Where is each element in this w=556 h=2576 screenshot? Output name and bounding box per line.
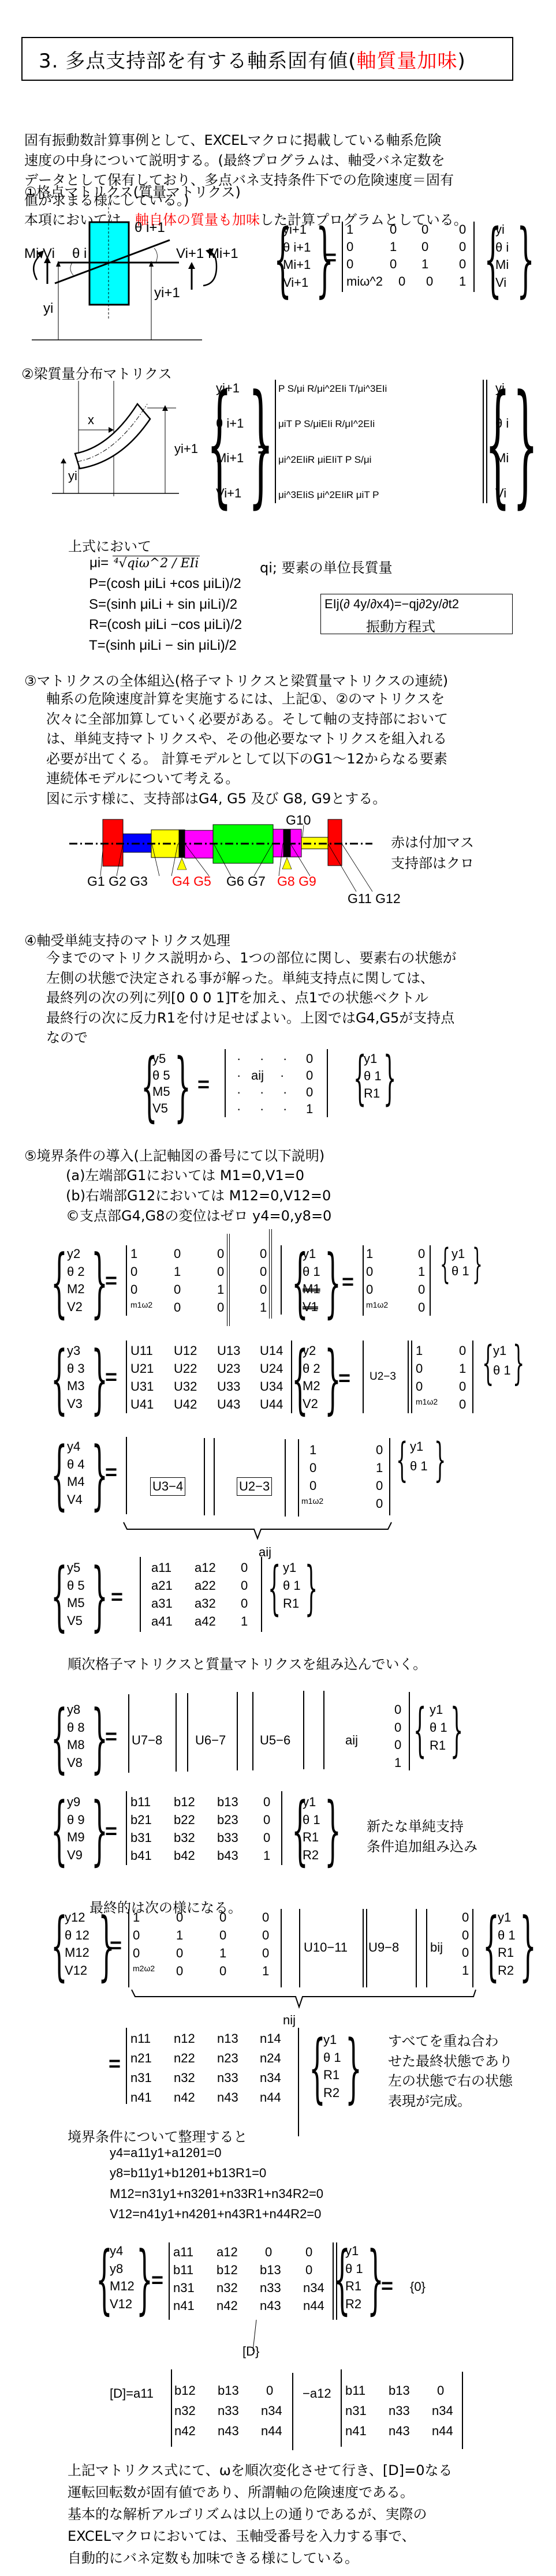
mass-g11g12 bbox=[328, 819, 342, 866]
title-box: 3. 多点支持部を有する軸系固有値(軸質量加味) bbox=[21, 37, 513, 81]
svg-text:θ i+1: θ i+1 bbox=[135, 220, 165, 235]
section4-heading: ④軸受単純支持のマトリクス処理 bbox=[24, 929, 230, 949]
eq1-state-vector: y1θ 1M1V1 bbox=[303, 1246, 320, 1315]
svg-text:G1 G2 G3: G1 G2 G3 bbox=[87, 874, 148, 889]
rhs-vector: yiθ iMiVi bbox=[495, 381, 509, 501]
beam-matrix: P S/μi R/μi^2EIi T/μi^3EIi μiT P S/μiEIi… bbox=[278, 383, 387, 501]
intro-line: 速度の中身について説明する。(最終プログラムは、軸受バネ定数を bbox=[24, 151, 468, 171]
vibration-equation-box: EIj(∂ 4y/∂x4)=−qj∂2y/∂t2 振動方程式 bbox=[320, 594, 513, 634]
page-title: 3. 多点支持部を有する軸系固有値(軸質量加味) bbox=[39, 45, 466, 73]
svg-text:x: x bbox=[88, 413, 94, 427]
sequence-text: 順次格子マトリクスと質量マトリクスを組み込んでいく。 bbox=[68, 1653, 427, 1673]
underbrace-icon bbox=[130, 1989, 477, 2012]
mu-definition: μi= ⁴√qiω^2 / EIi bbox=[89, 555, 200, 571]
boundary-conditions: (a)左端部G1においては M1=0,V1=0 (b)右端部G12においては M… bbox=[66, 1164, 331, 1222]
section3-paragraph: 軸系の危険速度計算を実施するには、上記①、②のマトリクスを 次々に全部加算してい… bbox=[46, 689, 448, 808]
psrt-definitions: P=(cosh μiLi +cos μiLi)/2 S=(sinh μiLi +… bbox=[89, 576, 242, 654]
mass-point-diagram: θ i+1 Mi Vi θ i Vi+1 Mi+1 yi+1 yi bbox=[17, 203, 260, 342]
equals-sign: = bbox=[258, 437, 270, 462]
section5-heading: ⑤境界条件の導入(上記軸図の番号にて以下説明) bbox=[24, 1144, 324, 1165]
aij-matrix: ···0 ·aij·0 ···0 ···1 bbox=[237, 1051, 323, 1118]
beam-diagram: x yi bbox=[35, 381, 185, 496]
svg-text:yi+1: yi+1 bbox=[154, 285, 180, 301]
lhs-vector: yi+1θ i+1Mi+1Vi+1 bbox=[216, 381, 244, 501]
section2-heading: ②梁質量分布マトリクス bbox=[21, 362, 172, 383]
svg-text:G6 G7: G6 G7 bbox=[226, 874, 266, 889]
lhs-label: yi+1 bbox=[174, 441, 198, 456]
title-highlight: 軸質量加味 bbox=[357, 50, 458, 73]
bc-heading: 境界条件について整理すると bbox=[68, 2125, 248, 2146]
section3-heading: ③マトリクスの全体組込(格子マトリクスと梁質量マトリクスの連続) bbox=[24, 669, 448, 690]
svg-text:Mi Vi: Mi Vi bbox=[24, 246, 55, 261]
mass-matrix: 1000 0100 0010 miω^2001 bbox=[346, 222, 472, 290]
section1-heading: ①格点マトリクス(質量マトリクス) bbox=[24, 181, 241, 201]
d-label: [D} bbox=[242, 2344, 259, 2359]
qi-definition: qi; 要素の単位長質量 bbox=[260, 556, 393, 576]
lhs-vector: yi+1θ i+1Mi+1Vi+1 bbox=[283, 222, 311, 290]
svg-text:G4 G5: G4 G5 bbox=[172, 874, 211, 889]
conclusion-paragraph: 上記マトリクス式にて、ωを順次変化させて行き、[D]=0なる 運転回転数が固有値… bbox=[68, 2459, 453, 2569]
section4-paragraph: 今までのマトリクス説明から、1つの部位に関し、要素右の状態が 左側の状態で決定さ… bbox=[46, 948, 457, 1048]
zero-vector: {0} bbox=[410, 2279, 426, 2294]
equals-sign: = bbox=[324, 245, 337, 269]
intro-line: 固有振動数計算事例として、EXCELマクロに掲載している軸系危険 bbox=[24, 130, 468, 151]
where-label: 上式において bbox=[68, 535, 151, 555]
svg-text:G11 G12: G11 G12 bbox=[348, 891, 401, 906]
svg-text:yi: yi bbox=[43, 301, 53, 316]
underbrace-icon bbox=[122, 1521, 394, 1542]
svg-text:yi: yi bbox=[68, 469, 77, 483]
svg-text:Vi+1 Mi+1: Vi+1 Mi+1 bbox=[176, 246, 238, 261]
legend-mass: 赤は付加マス bbox=[391, 831, 474, 851]
rhs-vector: yiθ iMiVi bbox=[495, 222, 509, 290]
svg-text:G8 G9: G8 G9 bbox=[277, 874, 316, 889]
bc-equations: y4=a11y1+a12θ1=0 y8=b11y1+b12θ1+b13R1=0 … bbox=[110, 2146, 323, 2222]
svg-text:θ i: θ i bbox=[72, 246, 87, 261]
svg-text:G10: G10 bbox=[286, 814, 311, 828]
legend-support: 支持部はクロ bbox=[391, 852, 474, 872]
